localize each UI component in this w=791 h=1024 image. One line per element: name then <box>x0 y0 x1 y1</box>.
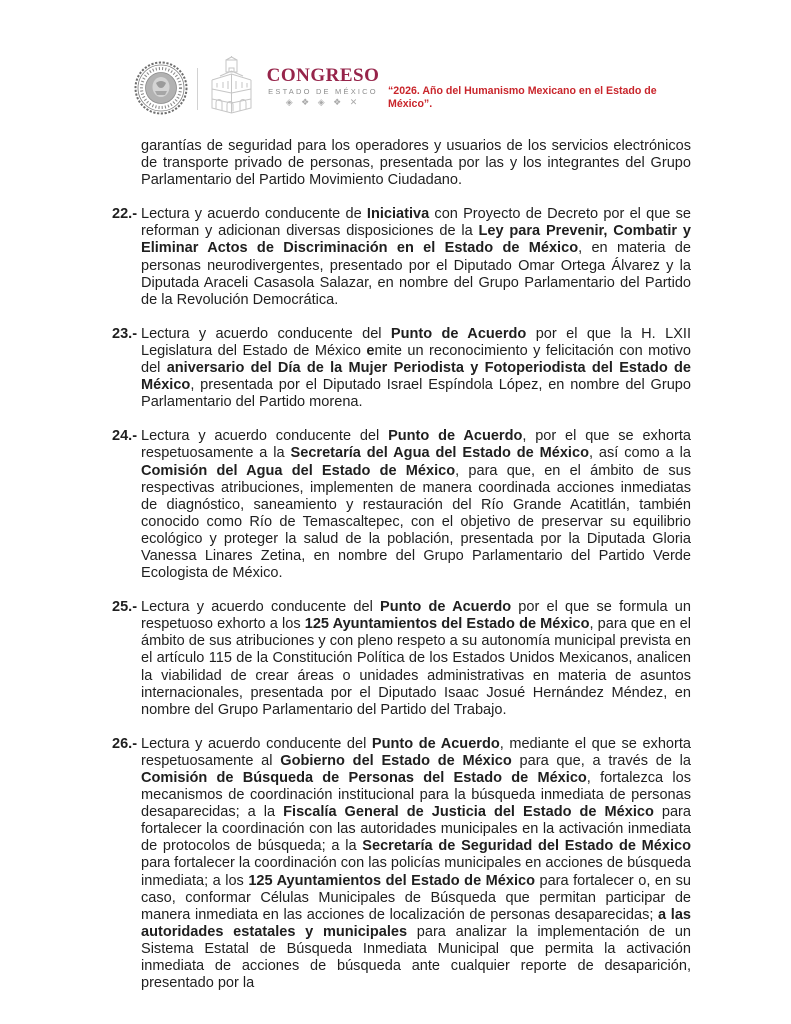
emphasized-text: Iniciativa <box>367 206 429 222</box>
emphasized-text: Comisión del Agua del Estado de México <box>141 463 455 479</box>
body-text: , presentada por el Diputado Israel Espí… <box>141 377 691 410</box>
body-text: Lectura y acuerdo conducente del <box>141 736 372 752</box>
agenda-item-24: 24.-Lectura y acuerdo conducente del Pun… <box>112 428 691 582</box>
year-legend: “2026. Año del Humanismo Mexicano en el … <box>388 85 688 110</box>
decorative-pattern-glyphs: ◈ ❖ ◈ ❖ ✕ <box>258 97 388 108</box>
congress-wordmark: CONGRESO <box>258 66 388 85</box>
legislature-seal-icon <box>134 61 188 115</box>
body-text: garantías de seguridad para los operador… <box>141 138 691 188</box>
body-text: Lectura y acuerdo conducente del <box>141 599 380 615</box>
congress-building-icon <box>203 56 259 116</box>
agenda-body: garantías de seguridad para los operador… <box>112 138 691 1009</box>
item-number: 22.- <box>112 206 137 223</box>
body-text: , así como a la <box>589 445 691 461</box>
item-number: 23.- <box>112 326 137 343</box>
item-number: 25.- <box>112 599 137 616</box>
agenda-item-26: 26.-Lectura y acuerdo conducente del Pun… <box>112 736 691 992</box>
emphasized-text: 125 Ayuntamientos del Estado de México <box>248 873 535 889</box>
agenda-item-23: 23.-Lectura y acuerdo conducente del Pun… <box>112 326 691 411</box>
emphasized-text: 125 Ayuntamientos del Estado de México <box>305 616 590 632</box>
header-divider <box>197 68 198 110</box>
body-text: para que, a través de la <box>512 753 691 769</box>
agenda-item-continuation: garantías de seguridad para los operador… <box>112 138 691 189</box>
agenda-item-25: 25.-Lectura y acuerdo conducente del Pun… <box>112 599 691 719</box>
congress-brand-block: CONGRESO ESTADO DE MÉXICO ◈ ❖ ◈ ❖ ✕ <box>258 66 388 108</box>
item-number: 24.- <box>112 428 137 445</box>
emphasized-text: Punto de Acuerdo <box>388 428 522 444</box>
item-number: 26.- <box>112 736 137 753</box>
emphasized-text: Comisión de Búsqueda de Personas del Est… <box>141 770 587 786</box>
emphasized-text: Secretaría de Seguridad del Estado de Mé… <box>362 838 691 854</box>
body-text: , para que, en el ámbito de sus respecti… <box>141 463 691 582</box>
congress-subtitle: ESTADO DE MÉXICO <box>258 87 388 96</box>
body-text: Lectura y acuerdo conducente de <box>141 206 367 222</box>
body-text: Lectura y acuerdo conducente del <box>141 326 391 342</box>
emphasized-text: Secretaría del Agua del Estado de México <box>291 445 589 461</box>
emphasized-text: Gobierno del Estado de México <box>280 753 512 769</box>
emphasized-text: Punto de Acuerdo <box>380 599 511 615</box>
document-header: CONGRESO ESTADO DE MÉXICO ◈ ❖ ◈ ❖ ✕ “202… <box>0 0 791 125</box>
document-page: CONGRESO ESTADO DE MÉXICO ◈ ❖ ◈ ❖ ✕ “202… <box>0 0 791 1024</box>
emphasized-text: Fiscalía General de Justicia del Estado … <box>283 804 654 820</box>
body-text: Lectura y acuerdo conducente del <box>141 428 388 444</box>
emphasized-text: Punto de Acuerdo <box>391 326 526 342</box>
agenda-item-22: 22.-Lectura y acuerdo conducente de Inic… <box>112 206 691 309</box>
emphasized-text: Punto de Acuerdo <box>372 736 500 752</box>
